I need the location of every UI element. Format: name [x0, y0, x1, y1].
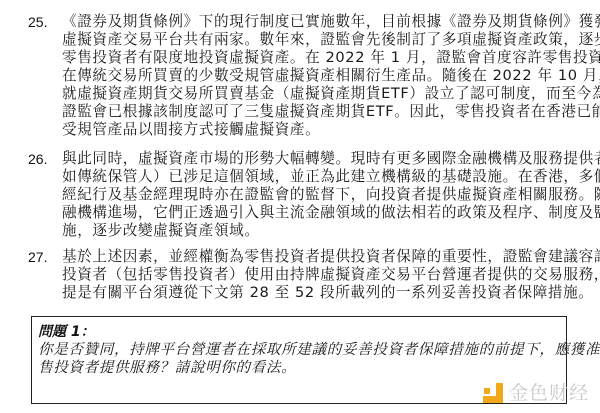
paragraph-number: 26.	[28, 150, 47, 168]
text-line: 如傳統保管人）已涉足這個領域，並正為此建立機構級的基礎設施。在香港，多個持牌	[62, 168, 562, 186]
text-line: 與此同時，虛擬資產市場的形勢大幅轉變。現時有更多國際金融機構及服務提供者（例	[62, 150, 562, 168]
paragraph-body: 《證券及期貨條例》下的現行制度已實施數年，目前根據《證券及期貨條例》獲發牌的 虛…	[62, 13, 562, 139]
text-line: 證監會已根據該制度認可了三隻虛擬資產期貨ETF。因此，零售投資者在香港已能透過	[62, 103, 562, 121]
text-line: 虛擬資產交易平台共有兩家。數年來，證監會先後制訂了多項虛擬資產政策，逐步容許	[62, 31, 562, 49]
text-line: 零售投資者有限度地投資虛擬資產。在 2022 年 1 月，證監會首度容許零售投資…	[62, 49, 562, 67]
text-line: 《證券及期貨條例》下的現行制度已實施數年，目前根據《證券及期貨條例》獲發牌的	[62, 13, 562, 31]
jinse-logo-icon	[483, 383, 503, 403]
question-title: 問題 1：	[38, 323, 95, 341]
text-line: 投資者（包括零售投資者）使用由持牌虛擬資產交易平台營運者提供的交易服務，但前	[62, 266, 562, 284]
paragraph-number: 27.	[28, 248, 47, 266]
text-line: 提是有關平台須遵從下文第 28 至 52 段所載列的一系列妥善投資者保障措施。	[62, 284, 562, 302]
paragraph-number: 25.	[28, 13, 47, 31]
watermark-text: 金色财经	[509, 382, 589, 404]
text-line: 融機構進場，它們正透過引入與主流金融領域的做法相若的政策及程序、制度及監控措	[62, 204, 562, 222]
text-line: 受規管產品以間接方式接觸虛擬資產。	[62, 121, 562, 139]
paragraph-body: 與此同時，虛擬資產市場的形勢大幅轉變。現時有更多國際金融機構及服務提供者（例 如…	[62, 150, 562, 240]
text-line: 就虛擬資產期貨交易所買賣基金（虛擬資產期貨ETF）設立了認可制度，而至今為止，	[62, 85, 562, 103]
watermark: 金色财经	[483, 381, 589, 405]
text-line: 在傳統交易所買賣的少數受規管虛擬資產相關衍生產品。隨後在 2022 年 10 月…	[62, 67, 562, 85]
question-text-line: 售投資者提供服務？請說明你的看法。	[38, 359, 296, 377]
text-line: 基於上述因素，並經權衡為零售投資者提供投資者保障的重要性，證監會建議容許各類	[62, 248, 562, 266]
text-line: 施，逐步改變虛擬資產領域。	[62, 222, 562, 240]
paragraph-body: 基於上述因素，並經權衡為零售投資者提供投資者保障的重要性，證監會建議容許各類 投…	[62, 248, 562, 302]
question-text-line: 你是否贊同，持牌平台營運者在採取所建議的妥善投資者保障措施的前提下，應獲准向零	[38, 341, 600, 359]
text-line: 經紀行及基金經理現時亦在證監會的監督下，向投資者提供虛擬資產相關服務。隨著金	[62, 186, 562, 204]
